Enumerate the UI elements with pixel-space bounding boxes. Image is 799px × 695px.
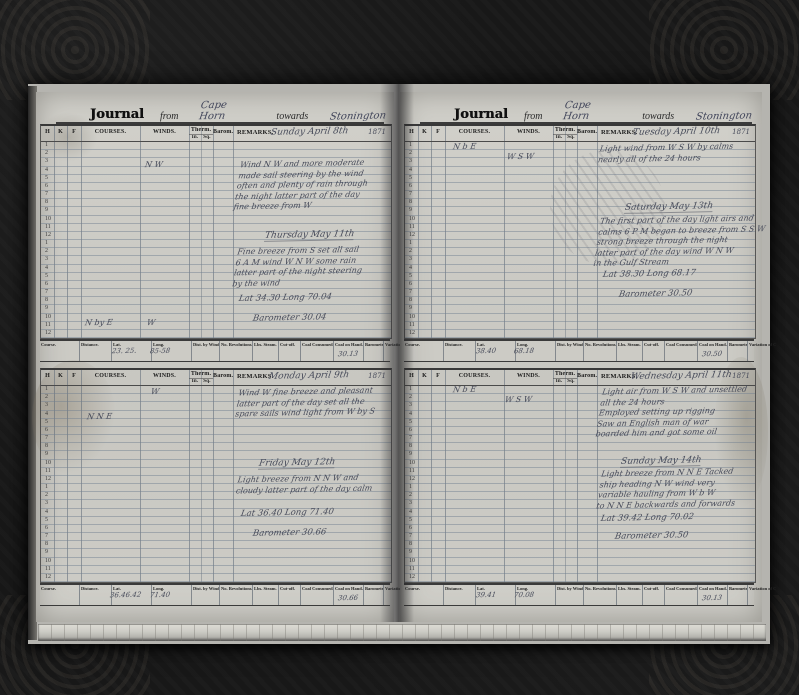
summary-long: 85-58 xyxy=(149,347,171,355)
summary-column-label: Variation of Comp. xyxy=(748,341,776,361)
hour-row: 10 xyxy=(41,216,391,224)
remarks-paragraph: Wind W fine breeze and pleasantlatter pa… xyxy=(234,386,379,420)
col-therm-sub2: Sq. xyxy=(201,379,213,384)
daily-summary-row: Course.Distance.Lat.Long.Dist. by Wind.N… xyxy=(40,583,390,606)
hour-row: 6 xyxy=(41,427,391,435)
hour-row: 10 xyxy=(405,314,755,322)
wind-entry: W S W xyxy=(506,152,535,162)
col-therm: Therm. xyxy=(189,371,213,379)
summary-column-label: Lbs. Steam. xyxy=(617,585,643,605)
col-courses: COURSES. xyxy=(81,373,140,379)
remarks-paragraph: Wind N W and more moderatemade sail stee… xyxy=(233,158,372,213)
column-header-row: H K F COURSES. WINDS. Therm. In. Sq. Bar… xyxy=(41,126,391,142)
hour-row: 12 xyxy=(41,330,391,338)
hour-row: 9 xyxy=(41,305,391,313)
towards-label: towards xyxy=(276,111,308,122)
hour-row: 9 xyxy=(405,451,755,459)
book-gutter xyxy=(380,84,414,622)
hour-row: 3 xyxy=(41,500,391,508)
hour-row: 7 xyxy=(41,435,391,443)
hour-row: 8 xyxy=(405,541,755,549)
hour-row: 4 xyxy=(41,509,391,517)
summary-column-label: Cut-off. xyxy=(643,341,665,361)
log-table: H K F COURSES. WINDS. Therm. In. Sq. Bar… xyxy=(40,368,392,583)
col-barom: Barom. xyxy=(577,129,597,135)
remarks-paragraph: Light breeze from N N W andcloudy latter… xyxy=(235,473,375,497)
col-therm: Therm. xyxy=(189,127,213,135)
summary-column-label: Dist. by Wind. xyxy=(556,585,584,605)
col-therm-sub1: In. xyxy=(189,379,201,384)
hour-row: 10 xyxy=(405,558,755,566)
col-h: H xyxy=(41,129,54,135)
log-table: H K F COURSES. WINDS. Therm. In. Sq. Bar… xyxy=(40,124,392,339)
hour-row: 7 xyxy=(405,289,755,297)
summary-long: 70.08 xyxy=(513,591,534,599)
col-k: K xyxy=(418,129,431,135)
summary-column-label: Distance. xyxy=(80,341,112,361)
hour-row: 11 xyxy=(405,322,755,330)
remarks-paragraph: The first part of the day light airs and… xyxy=(593,213,768,269)
col-therm-sub1: In. xyxy=(553,379,565,384)
summary-column-label: Barometer. xyxy=(728,585,748,605)
towards-label: towards xyxy=(642,111,674,122)
summary-column-label: Distance. xyxy=(80,585,112,605)
hour-row: 7 xyxy=(405,191,755,199)
wind-entry: N W xyxy=(144,160,163,169)
col-k: K xyxy=(54,129,67,135)
hour-row: 8 xyxy=(41,443,391,451)
summary-column-label: Course. xyxy=(40,341,80,361)
hour-row: 2 xyxy=(41,150,391,158)
from-label: from xyxy=(524,111,543,122)
left-page: Journal from Cape Horn towards Stoningto… xyxy=(36,92,394,622)
remarks-paragraph: Fine breeze from S set all sail6 A M win… xyxy=(232,245,366,290)
col-remarks: REMARKS. xyxy=(237,129,273,136)
summary-column-label: Course. xyxy=(40,585,80,605)
summary-column-label: Dist. by Wind. xyxy=(192,585,220,605)
hour-row: 12 xyxy=(405,574,755,582)
origin-handwritten: Cape Horn xyxy=(563,100,594,123)
course-entry: N b E xyxy=(452,142,477,151)
hour-row: 9 xyxy=(41,549,391,557)
daily-summary-row: Course.Distance.Lat.Long.Dist. by Wind.N… xyxy=(404,339,754,362)
mid-date: Thursday May 11th xyxy=(264,229,355,242)
hour-row: 9 xyxy=(41,451,391,459)
wind-entry: W S W xyxy=(504,395,533,405)
from-label: from xyxy=(160,111,179,122)
col-therm-sub1: In. xyxy=(553,135,565,140)
hour-row: 8 xyxy=(41,541,391,549)
summary-column-label: Distance. xyxy=(444,585,476,605)
col-f: F xyxy=(431,129,445,135)
col-k: K xyxy=(54,373,67,379)
col-barom: Barom. xyxy=(213,373,233,379)
hour-row: 5 xyxy=(405,517,755,525)
hour-row: 12 xyxy=(41,574,391,582)
right-page: Journal from Cape Horn towards Stoningto… xyxy=(400,92,762,622)
hour-row: 11 xyxy=(405,566,755,574)
entry-date: Wednesday April 11th xyxy=(630,370,732,382)
hour-row: 6 xyxy=(405,183,755,191)
latlong-entry: Lat 39.42 Long 70.02 xyxy=(600,512,694,524)
col-h: H xyxy=(41,373,54,379)
remarks-paragraph: Light breeze from N N E Tackedship headi… xyxy=(595,467,740,512)
wind-entry: W xyxy=(146,318,156,327)
hour-row: 10 xyxy=(41,558,391,566)
summary-lat: 23. 25. xyxy=(111,347,137,356)
barometer-entry: Barometer 30.50 xyxy=(618,288,693,300)
summary-lat: 38.40 xyxy=(475,347,496,355)
wind-entry: W xyxy=(150,387,160,396)
mid-date: Sunday May 14th xyxy=(620,455,702,468)
hour-row: 8 xyxy=(405,297,755,305)
course-entry: N by E xyxy=(84,318,113,328)
col-winds: WINDS. xyxy=(140,129,189,135)
col-therm-sub2: Sq. xyxy=(565,379,577,384)
hour-row: 11 xyxy=(41,566,391,574)
destination-handwritten: Stonington xyxy=(329,110,387,122)
summary-long: 71.40 xyxy=(149,591,170,599)
summary-column-label: Dist. by Wind. xyxy=(556,341,584,361)
column-header-row: H K F COURSES. WINDS. Therm. In. Sq. Bar… xyxy=(41,370,391,386)
entry-date: Monday April 9th xyxy=(268,370,350,382)
summary-lat: 39.41 xyxy=(475,591,496,599)
col-therm-sub2: Sq. xyxy=(565,135,577,140)
column-header-row: H K F COURSES. WINDS. Therm. In. Sq. Bar… xyxy=(405,370,755,386)
hour-row: 5 xyxy=(405,175,755,183)
col-barom: Barom. xyxy=(213,129,233,135)
mid-date: Friday May 12th xyxy=(258,457,336,470)
page-edges xyxy=(38,624,766,641)
daily-summary-row: Course.Distance.Lat.Long.Dist. by Wind.N… xyxy=(40,339,390,362)
entry-year: 1871 xyxy=(732,372,750,380)
summary-barometer: 30.50 xyxy=(701,350,722,358)
mid-date: Saturday May 13th xyxy=(624,201,714,214)
summary-column-label: No. Revolutions. xyxy=(584,585,617,605)
hour-row: 1 xyxy=(41,142,391,150)
destination-handwritten: Stonington xyxy=(695,110,753,122)
photo-background: Journal from Cape Horn towards Stoningto… xyxy=(0,0,799,695)
summary-column-label: Cut-off. xyxy=(279,341,301,361)
barometer-entry: Barometer 30.66 xyxy=(252,527,327,539)
course-entry: N N E xyxy=(86,412,112,422)
summary-column-label: No. Revolutions. xyxy=(220,341,253,361)
hour-row: 4 xyxy=(405,509,755,517)
summary-column-label: Coal Consumed. xyxy=(665,341,698,361)
col-winds: WINDS. xyxy=(504,373,553,379)
journal-title-line: Journal from Cape Horn towards Stoningto… xyxy=(56,100,384,124)
summary-column-label: Distance. xyxy=(444,341,476,361)
hour-row: 7 xyxy=(41,289,391,297)
col-f: F xyxy=(67,373,81,379)
col-therm: Therm. xyxy=(553,371,577,379)
hour-row: 8 xyxy=(405,443,755,451)
barometer-entry: Barometer 30.50 xyxy=(614,530,689,542)
log-table: H K F COURSES. WINDS. Therm. In. Sq. Bar… xyxy=(404,368,756,583)
remarks-paragraph: Light air from W S W and unsettledall th… xyxy=(595,384,748,440)
daily-summary-row: Course.Distance.Lat.Long.Dist. by Wind.N… xyxy=(404,583,754,606)
hour-row: 4 xyxy=(405,167,755,175)
logbook: Journal from Cape Horn towards Stoningto… xyxy=(28,84,770,644)
hour-row: 7 xyxy=(41,533,391,541)
col-therm-sub1: In. xyxy=(189,135,201,140)
hour-row: 6 xyxy=(41,525,391,533)
hour-row: 8 xyxy=(41,297,391,305)
barometer-entry: Barometer 30.04 xyxy=(252,312,327,324)
hour-row: 6 xyxy=(405,281,755,289)
col-winds: WINDS. xyxy=(140,373,189,379)
summary-barometer: 30.66 xyxy=(337,594,358,602)
col-f: F xyxy=(431,373,445,379)
entry-date: Sunday April 8th xyxy=(270,126,349,138)
hour-row: 9 xyxy=(405,305,755,313)
column-header-row: H K F COURSES. WINDS. Therm. In. Sq. Bar… xyxy=(405,126,755,142)
latlong-entry: Lat 36.40 Long 71.40 xyxy=(240,507,334,519)
col-courses: COURSES. xyxy=(445,129,504,135)
summary-column-label: Barometer. xyxy=(728,341,748,361)
entry-year: 1871 xyxy=(732,128,750,136)
hour-row: 12 xyxy=(405,330,755,338)
hour-row: 5 xyxy=(405,273,755,281)
summary-column-label: Coal Consumed. xyxy=(301,341,334,361)
summary-column-label: Cut-off. xyxy=(643,585,665,605)
col-winds: WINDS. xyxy=(504,129,553,135)
col-barom: Barom. xyxy=(577,373,597,379)
log-table: H K F COURSES. WINDS. Therm. In. Sq. Bar… xyxy=(404,124,756,339)
latlong-entry: Lat 38.30 Long 68.17 xyxy=(602,268,696,280)
summary-column-label: Variation of Comp. xyxy=(748,585,776,605)
summary-column-label: No. Revolutions. xyxy=(220,585,253,605)
journal-label: Journal xyxy=(454,107,508,122)
summary-lat: 36.46.42 xyxy=(109,591,142,600)
course-entry: N b E xyxy=(452,385,477,394)
col-courses: COURSES. xyxy=(81,129,140,135)
summary-column-label: Lbs. Steam. xyxy=(253,341,279,361)
summary-column-label: No. Revolutions. xyxy=(584,341,617,361)
journal-title-line: Journal from Cape Horn towards Stoningto… xyxy=(420,100,752,124)
summary-column-label: Coal Consumed. xyxy=(301,585,334,605)
summary-long: 68.18 xyxy=(513,347,534,355)
hour-row: 10 xyxy=(41,460,391,468)
hour-row: 9 xyxy=(405,549,755,557)
entry-date: Tuesday April 10th xyxy=(632,126,721,138)
col-courses: COURSES. xyxy=(445,373,504,379)
summary-column-label: Cut-off. xyxy=(279,585,301,605)
summary-barometer: 30.13 xyxy=(337,350,358,358)
col-therm-sub2: Sq. xyxy=(201,135,213,140)
summary-column-label: Dist. by Wind. xyxy=(192,341,220,361)
latlong-entry: Lat 34.30 Long 70.04 xyxy=(238,292,332,304)
summary-barometer: 30.13 xyxy=(701,594,722,602)
summary-column-label: Coal Consumed. xyxy=(665,585,698,605)
hour-row: 6 xyxy=(405,525,755,533)
journal-label: Journal xyxy=(90,107,144,122)
hour-row: 7 xyxy=(405,533,755,541)
remarks-paragraph: Light wind from W S W by calmsnearly all… xyxy=(597,142,734,166)
col-therm: Therm. xyxy=(553,127,577,135)
origin-handwritten: Cape Horn xyxy=(199,100,228,123)
summary-column-label: Lbs. Steam. xyxy=(617,341,643,361)
col-k: K xyxy=(418,373,431,379)
summary-column-label: Lbs. Steam. xyxy=(253,585,279,605)
col-f: F xyxy=(67,129,81,135)
hour-row: 5 xyxy=(41,517,391,525)
